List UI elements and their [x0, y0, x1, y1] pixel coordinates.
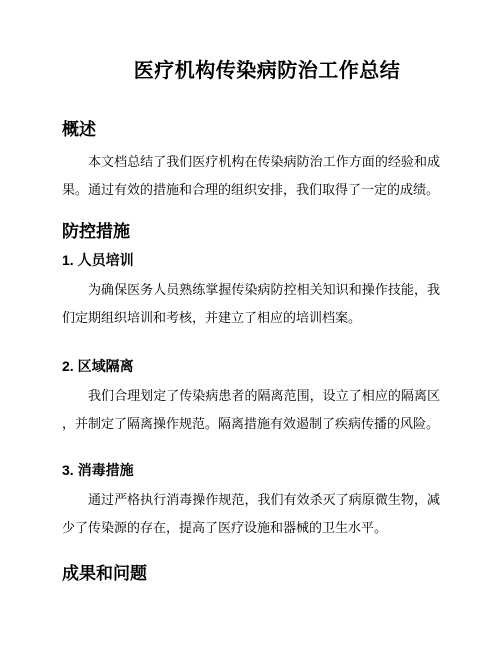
section-heading-overview: 概述: [62, 120, 440, 140]
subsection-area-isolation: 2. 区域隔离 我们合理划定了传染病患者的隔离范围，设立了相应的隔离区，并制定了…: [62, 358, 440, 438]
disinfection-paragraph: 通过严格执行消毒操作规范，我们有效杀灭了病原微生物，减少了传染源的存在，提高了医…: [62, 486, 440, 542]
personnel-training-paragraph: 为确保医务人员熟练掌握传染病防控相关知识和操作技能，我们定期组织培训和考核，并建…: [62, 276, 440, 332]
subsection-heading-disinfection: 3. 消毒措施: [62, 462, 440, 478]
area-isolation-paragraph: 我们合理划定了传染病患者的隔离范围，设立了相应的隔离区，并制定了隔离操作规范。隔…: [62, 382, 440, 438]
subsection-heading-personnel-training: 1. 人员培训: [62, 252, 440, 268]
section-heading-measures: 防控措施: [62, 222, 440, 242]
section-results: 成果和问题: [62, 564, 440, 584]
overview-paragraph: 本文档总结了我们医疗机构在传染病防治工作方面的经验和成果。通过有效的措施和合理的…: [62, 148, 440, 204]
subsection-heading-area-isolation: 2. 区域隔离: [62, 358, 440, 374]
document-title: 医疗机构传染病防治工作总结: [94, 58, 440, 84]
section-overview: 概述 本文档总结了我们医疗机构在传染病防治工作方面的经验和成果。通过有效的措施和…: [62, 120, 440, 204]
section-measures: 防控措施 1. 人员培训 为确保医务人员熟练掌握传染病防控相关知识和操作技能，我…: [62, 222, 440, 542]
subsection-disinfection: 3. 消毒措施 通过严格执行消毒操作规范，我们有效杀灭了病原微生物，减少了传染源…: [62, 462, 440, 542]
section-heading-results: 成果和问题: [62, 564, 440, 584]
document-page: 医疗机构传染病防治工作总结 概述 本文档总结了我们医疗机构在传染病防治工作方面的…: [0, 0, 500, 647]
subsection-personnel-training: 1. 人员培训 为确保医务人员熟练掌握传染病防控相关知识和操作技能，我们定期组织…: [62, 252, 440, 332]
